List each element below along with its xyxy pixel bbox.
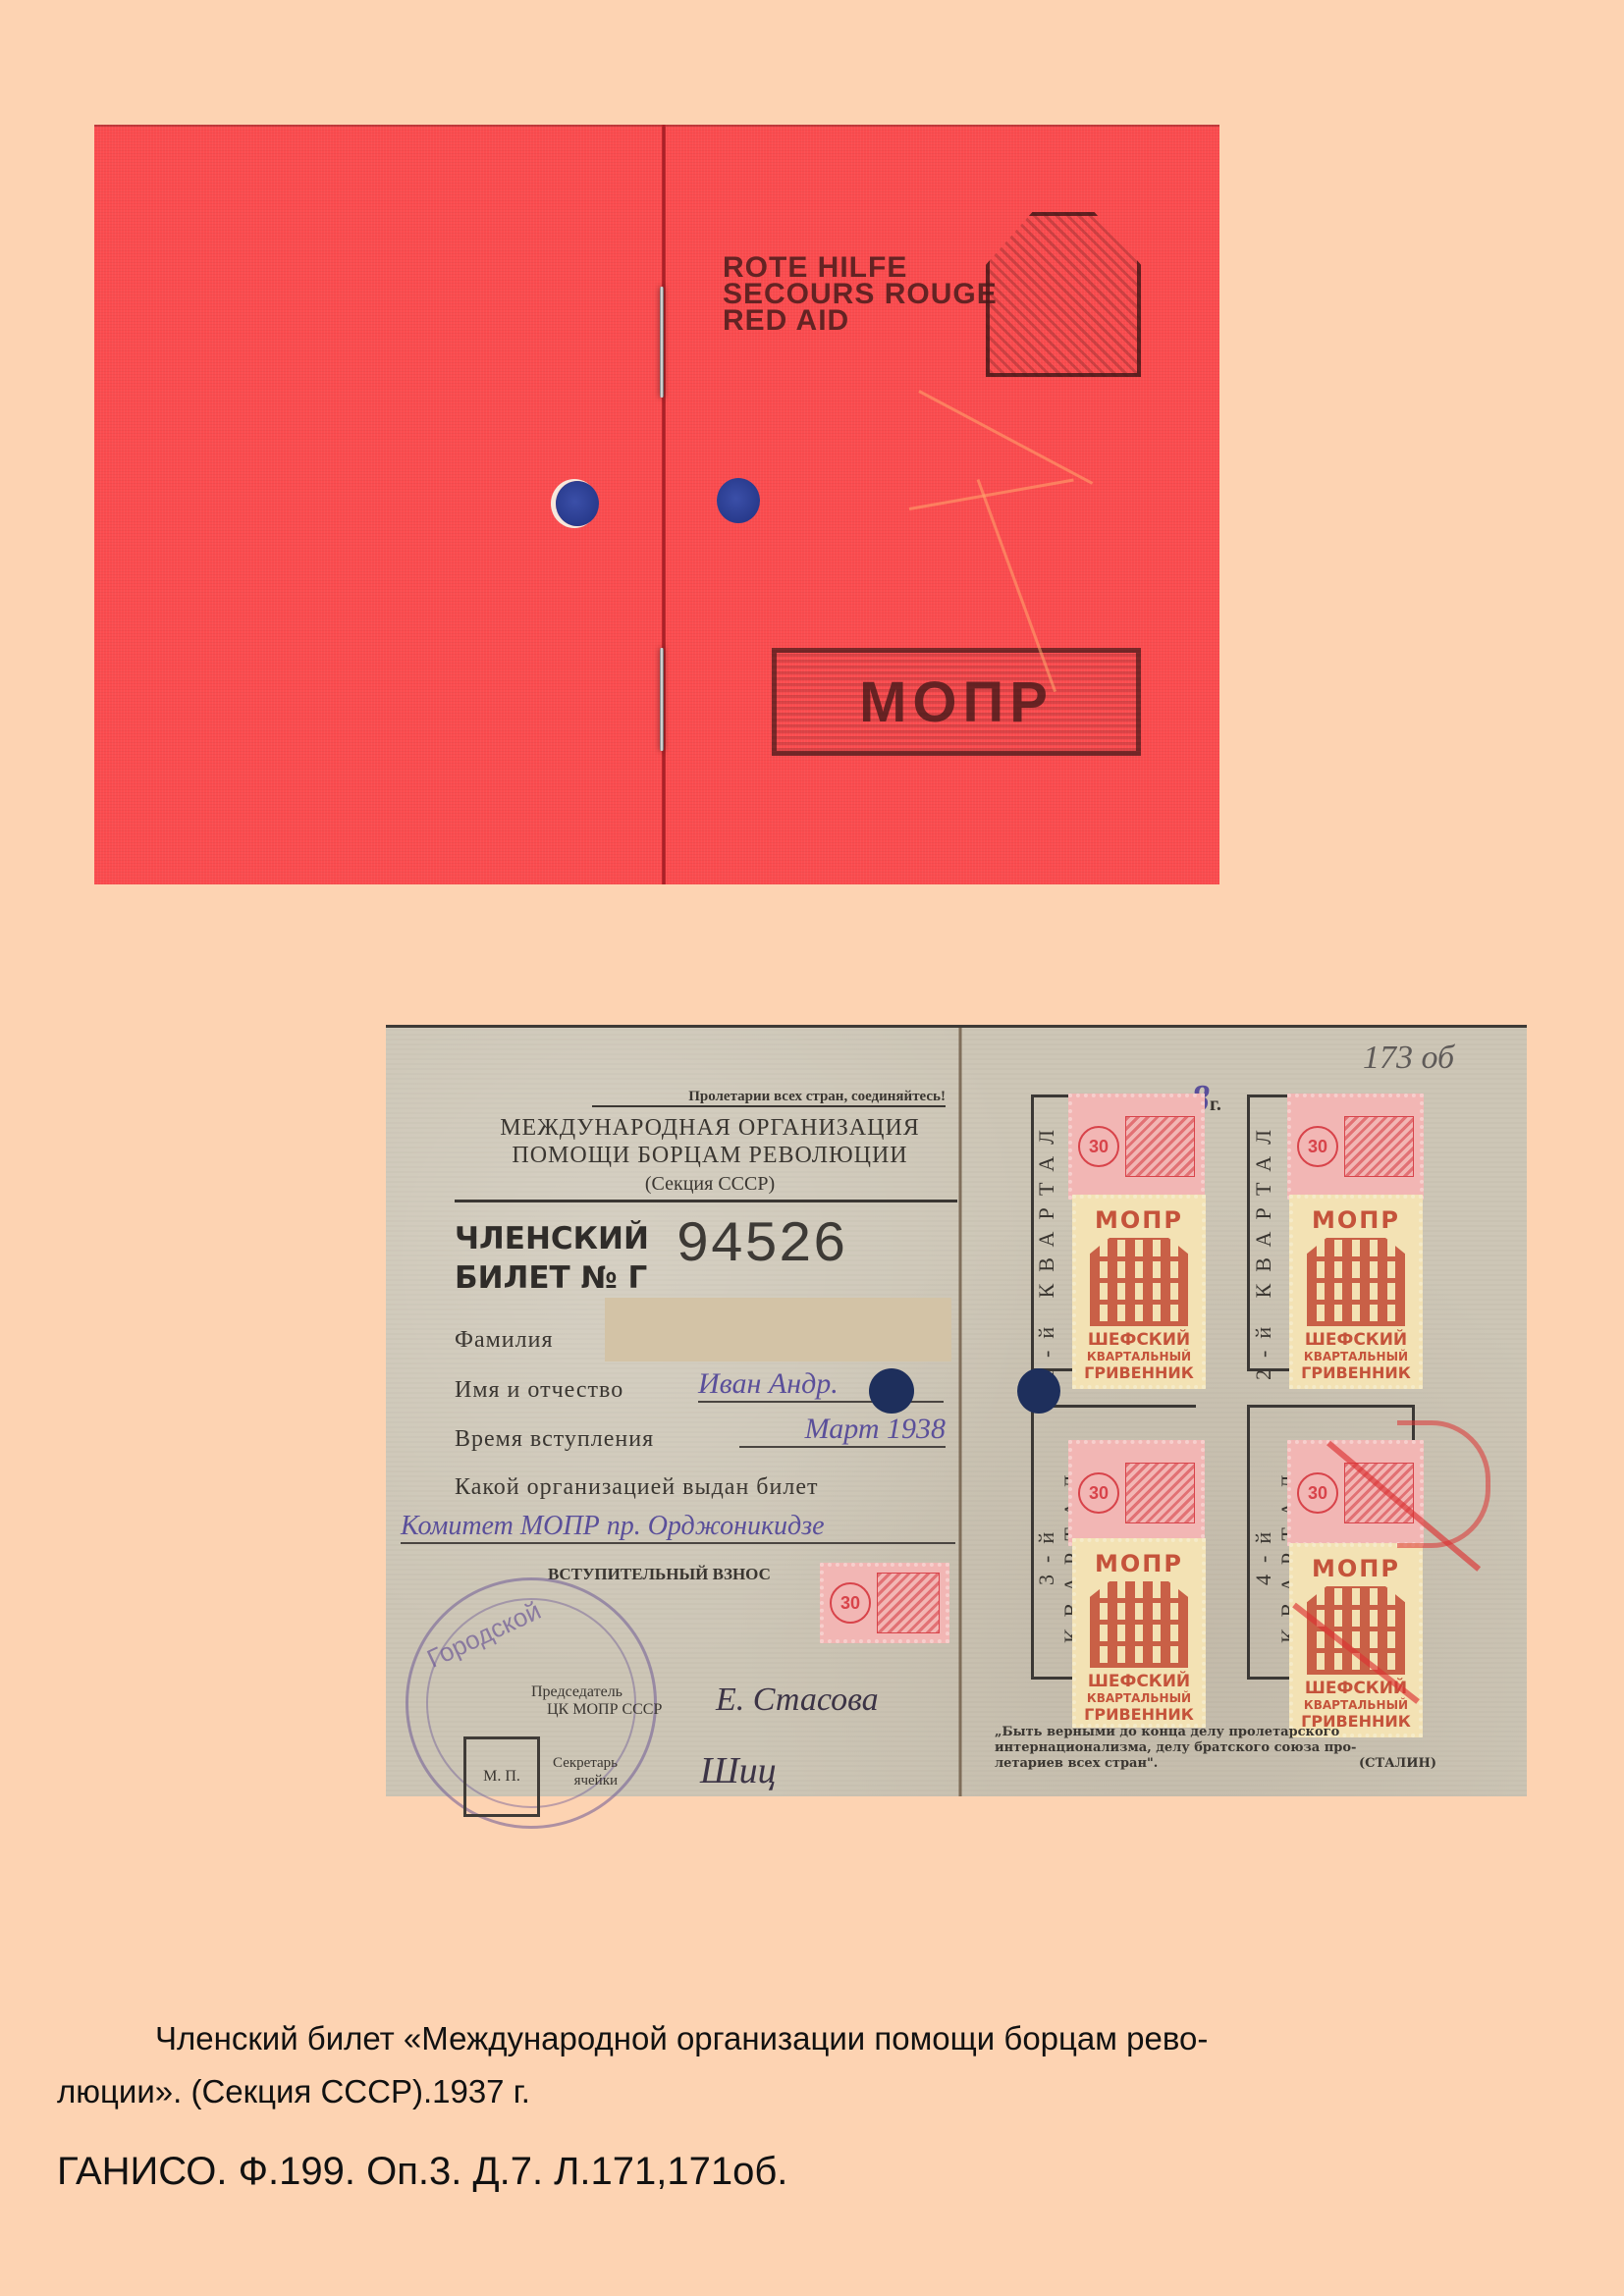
punch-hole-left [869, 1368, 914, 1414]
figure-caption: Членский билет «Международной организаци… [57, 2012, 1589, 2118]
cover-spine [662, 125, 666, 884]
prison-bars-icon [1307, 1238, 1405, 1326]
org-name: МЕЖДУНАРОДНАЯ ОРГАНИЗАЦИЯ ПОМОЩИ БОРЦАМ … [455, 1114, 965, 1169]
emblem-stamp-icon [986, 212, 1141, 377]
q2-patron-stamp: МОПР ШЕФСКИЙ КВАРТАЛЬНЫЙ ГРИВЕННИК [1289, 1195, 1423, 1389]
joined-value: Март 1938 [739, 1413, 946, 1448]
prison-bars-icon [1090, 1581, 1188, 1668]
redacted-surname [605, 1298, 951, 1362]
card-title: ЧЛЕНСКИЙ БИЛЕТ № Г [455, 1219, 649, 1298]
issued-by-value: Комитет МОПР пр. Орджоникидзе [401, 1511, 955, 1544]
entry-fee-label: ВСТУПИТЕЛЬНЫЙ ВЗНОС [548, 1565, 771, 1584]
prison-bars-icon [1090, 1238, 1188, 1326]
staple-top [660, 287, 664, 398]
chairman-label: Председатель ЦК МОПР СССР [531, 1683, 662, 1719]
q4-patron-stamp: МОПР ШЕФСКИЙ КВАРТАЛЬНЫЙ ГРИВЕННИК [1289, 1543, 1423, 1737]
staple-bottom [660, 648, 664, 751]
section-label: (Секция СССР) [455, 1173, 965, 1196]
stalin-quote: „Быть верными до конца делу пролетарског… [995, 1725, 1436, 1772]
quarter-1-label: 1-й КВАРТАЛ [1034, 1106, 1063, 1391]
mopr-stamp: МОПР [772, 648, 1141, 756]
cancel-mark-icon [1397, 1420, 1490, 1548]
pencil-mark [909, 479, 1074, 510]
punch-hole-right [717, 478, 760, 523]
divider [455, 1200, 957, 1202]
entry-fee-stamp: 30 [820, 1563, 949, 1643]
membership-card-interior-photo: Пролетарии всех стран, соединяйтесь! МЕЖ… [386, 1025, 1527, 1796]
punch-hole-left [556, 481, 599, 526]
q1-dues-stamp: 30 [1068, 1094, 1205, 1200]
secretary-label: Секретарь ячейки [553, 1754, 618, 1789]
q3-patron-stamp: МОПР ШЕФСКИЙ КВАРТАЛЬНЫЙ ГРИВЕННИК [1072, 1538, 1206, 1728]
archive-mark: 173 об [1363, 1040, 1454, 1077]
archive-reference: ГАНИСО. Ф.199. Оп.3. Д.7. Л.171,171об. [57, 2150, 787, 2194]
q3-dues-stamp: 30 [1068, 1440, 1205, 1546]
membership-card-cover-photo: ROTE HILFE SECOURS ROUGE RED AID МОПР [94, 125, 1219, 884]
card-number: 94526 [676, 1214, 846, 1278]
q2-dues-stamp: 30 [1287, 1094, 1424, 1200]
punch-hole-right [1017, 1368, 1060, 1414]
pencil-mark [918, 390, 1093, 485]
issued-by-label: Какой организацией выдан билет [455, 1474, 818, 1501]
joined-label: Время вступления [455, 1426, 654, 1453]
chairman-signature: Е. Стасова [716, 1682, 879, 1719]
secretary-signature: Шиц [700, 1749, 777, 1792]
surname-label: Фамилия [455, 1327, 554, 1354]
name-label: Имя и отчество [455, 1377, 623, 1404]
motto: Пролетарии всех стран, соединяйтесь! [592, 1089, 946, 1107]
quarter-3-label: 3-й КВАРТАЛ [1034, 1430, 1063, 1676]
quarter-4-label: 4-й КВАРТАЛ [1251, 1430, 1280, 1676]
stamp-art-icon [877, 1573, 940, 1633]
quarter-2-label: 2-й КВАРТАЛ [1251, 1106, 1280, 1391]
red-aid-stamp: ROTE HILFE SECOURS ROUGE RED AID [723, 254, 998, 334]
seal-place-box: М. П. [463, 1736, 540, 1817]
q1-patron-stamp: МОПР ШЕФСКИЙ КВАРТАЛЬНЫЙ ГРИВЕННИК [1072, 1195, 1206, 1389]
